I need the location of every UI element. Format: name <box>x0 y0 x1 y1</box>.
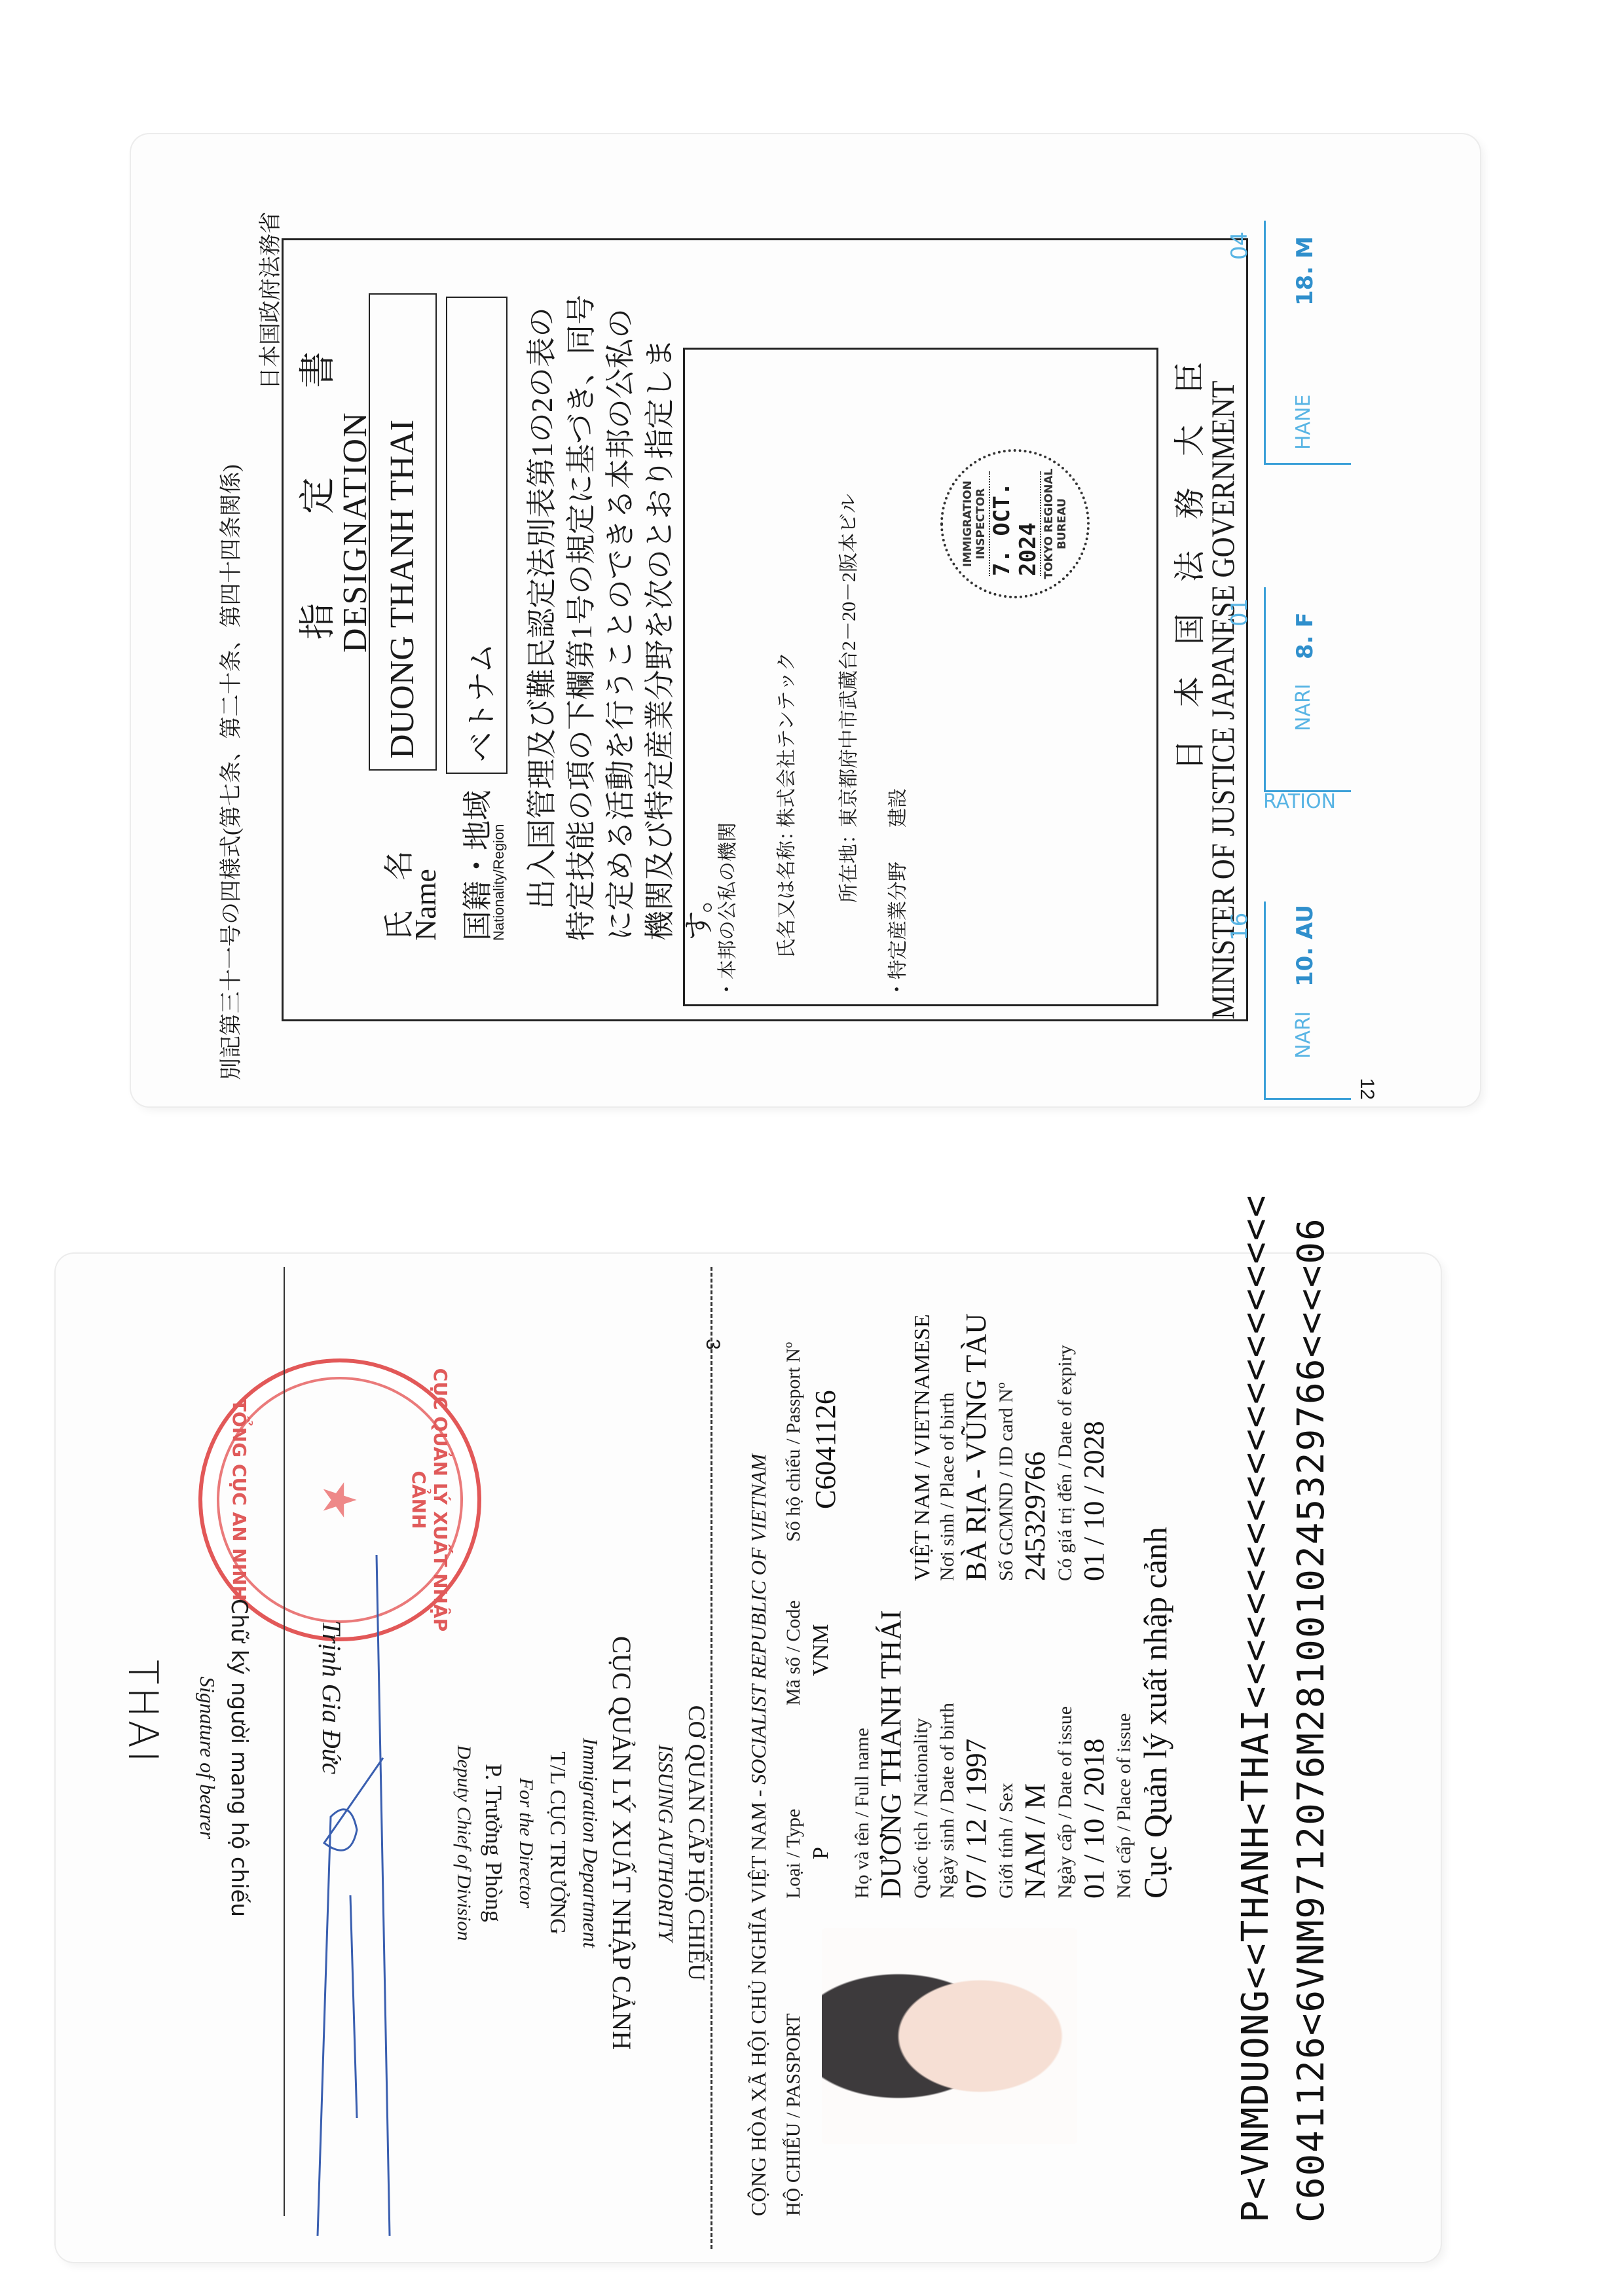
org-section-label: ・本邦の公私の機関 <box>711 822 740 999</box>
organization-box: ・本邦の公私の機関 氏名又は名称： 株式会社テンテック 所在地： 東京都府中市武… <box>683 348 1158 1006</box>
authority-for-vn: T/L CỤC TRƯỞNG <box>545 1450 570 2236</box>
signature-divider <box>284 1267 285 2216</box>
issuer-header: 日本国政府法務省 <box>252 211 284 390</box>
signatory-jp: 日 本 国 法 務 大 臣 <box>1164 350 1209 771</box>
page-number-12: 12 <box>1356 1078 1378 1100</box>
issuing-authority-section: CƠ QUAN CẤP HỘ CHIẾU ISSUING AUTHORITY C… <box>56 1254 710 2262</box>
org-name-label: 氏名又は名称： <box>770 821 799 958</box>
authority-dept-vn: CỤC QUẢN LÝ XUẤT NHẬP CẢNH <box>606 1450 637 2236</box>
code-value: VNM <box>809 1624 834 1676</box>
code-label: Mã số / Code <box>783 1600 805 1705</box>
title-jp: 指 定 書 <box>289 325 341 640</box>
sex-label: Giới tính / Sex <box>995 1783 1018 1899</box>
passport-data-page: CƠ QUAN CẤP HỘ CHIẾU ISSUING AUTHORITY C… <box>56 1254 1441 2262</box>
form-reference: 別記第三十一号の四様式(第七条、第二十条、第四十四条関係) <box>213 464 245 1080</box>
entry-stamp-1: 04 18. M HANE <box>1264 221 1351 465</box>
authority-title-en: ISSUING AUTHORITY <box>654 1450 678 2236</box>
nationality-label: Quốc tịch / Nationality <box>910 1718 932 1899</box>
org-address-value: 東京都府中市武蔵台2－20－2阪本ビル <box>832 494 861 828</box>
passport-number-label: Số hộ chiếu / Passport Nº <box>783 1342 805 1542</box>
org-name-value: 株式会社テンテック <box>770 652 799 828</box>
full-name-value: DƯƠNG THANH THÁI <box>874 1610 908 1899</box>
dob-label: Ngày sinh / Date of birth <box>936 1703 959 1899</box>
bearer-signature-label-en: Signature of bearer <box>195 1529 219 1987</box>
stamp-date: 7. OCT. 2024 <box>989 471 1041 576</box>
authority-title-vn: CƠ QUAN CẤP HỘ CHIẾU <box>683 1450 710 2236</box>
full-name-label: Họ và tên / Full name <box>851 1728 874 1899</box>
industry-label: ・特定産業分野 <box>881 862 910 999</box>
expiry-label: Có giá trị đến / Date of expiry <box>1054 1345 1077 1581</box>
mrz-line-1: P<VNMDUONG<<THANH<THAI<<<<<<<<<<<<<<<<<<… <box>1234 1194 1277 2223</box>
officer-name: Trịnh Gia Đức <box>316 1620 347 1774</box>
dob-value: 07 / 12 / 1997 <box>959 1739 993 1899</box>
mrz-line-2: C6041126<6VNM9712076M2810010245329766<<<… <box>1290 1217 1333 2223</box>
name-field: DUONG THANH THAI <box>369 293 437 771</box>
country-header: CỘNG HÒA XÃ HỘI CHỦ NGHĨA VIỆT NAM - SOC… <box>747 1454 771 2216</box>
passport-content: CƠ QUAN CẤP HỘ CHIẾU ISSUING AUTHORITY C… <box>56 1254 1441 2262</box>
fold-line <box>710 1267 712 2249</box>
page-number-3: 3 <box>701 1339 724 1350</box>
name-value: DUONG THANH THAI <box>383 420 422 759</box>
place-of-issue-value: Cục Quản lý xuất nhập cảnh <box>1136 1527 1174 1899</box>
stamp-ring-top: IMMIGRATION INSPECTOR <box>961 452 987 596</box>
type-value: P <box>809 1847 834 1859</box>
expiry-value: 01 / 10 / 2028 <box>1077 1421 1111 1581</box>
type-label: Loại / Type <box>783 1809 805 1899</box>
sex-value: NAM / M <box>1018 1783 1052 1899</box>
holder-photo <box>822 1928 1077 2144</box>
entry-stamp-2: 01 8. F RATION NARI <box>1264 587 1351 792</box>
designation-form: 指 定 書 DESIGNATION 氏 名 Name DUONG THANH T… <box>282 238 1248 1021</box>
name-label-en: Name <box>408 869 443 941</box>
nationality-field: ベトナム <box>446 297 507 774</box>
authority-for-en: For the Director <box>515 1450 537 2236</box>
nationality-value: ベトナム <box>458 643 501 762</box>
authority-dept-en: Immigration Department <box>578 1450 602 2236</box>
org-address-label: 所在地： <box>832 824 861 903</box>
stamp-ring-bottom: TOKYO REGIONAL BUREAU <box>1043 452 1069 596</box>
bearer-signature: THAI <box>119 1660 167 1765</box>
id-label: Số GCMND / ID card Nº <box>995 1383 1018 1581</box>
immigration-inspector-stamp: IMMIGRATION INSPECTOR 7. OCT. 2024 TOKYO… <box>940 449 1090 598</box>
industry-value: 建設 <box>881 788 910 828</box>
authority-role-vn: P. Trưởng Phòng <box>480 1450 507 2236</box>
document-label: HỘ CHIẾU / PASSPORT <box>783 2013 805 2216</box>
nationality-value: VIỆT NAM / VIETNAMESE <box>910 1314 935 1581</box>
nationality-label-en: Nationality/Region <box>490 824 507 941</box>
designation-content: 別記第三十一号の四様式(第七条、第二十条、第四十四条関係) 日本国政府法務省 指… <box>131 134 1480 1106</box>
place-of-issue-label: Nơi cấp / Place of issue <box>1113 1713 1135 1899</box>
issue-date-value: 01 / 10 / 2018 <box>1077 1739 1111 1899</box>
pob-label: Nơi sinh / Place of birth <box>936 1393 959 1581</box>
issue-date-label: Ngày cấp / Date of issue <box>1054 1706 1077 1899</box>
pob-value: BÀ RỊA - VŨNG TÀU <box>959 1313 993 1581</box>
designation-page: 別記第三十一号の四様式(第七条、第二十条、第四十四条関係) 日本国政府法務省 指… <box>131 134 1480 1106</box>
bearer-signature-label-vn: Chữ ký người mang hộ chiếu <box>226 1529 252 1987</box>
entry-stamp-3: 16 10. AU NARI <box>1264 902 1351 1100</box>
id-value: 245329766 <box>1018 1451 1052 1581</box>
passport-number-value: C6041126 <box>809 1390 842 1509</box>
